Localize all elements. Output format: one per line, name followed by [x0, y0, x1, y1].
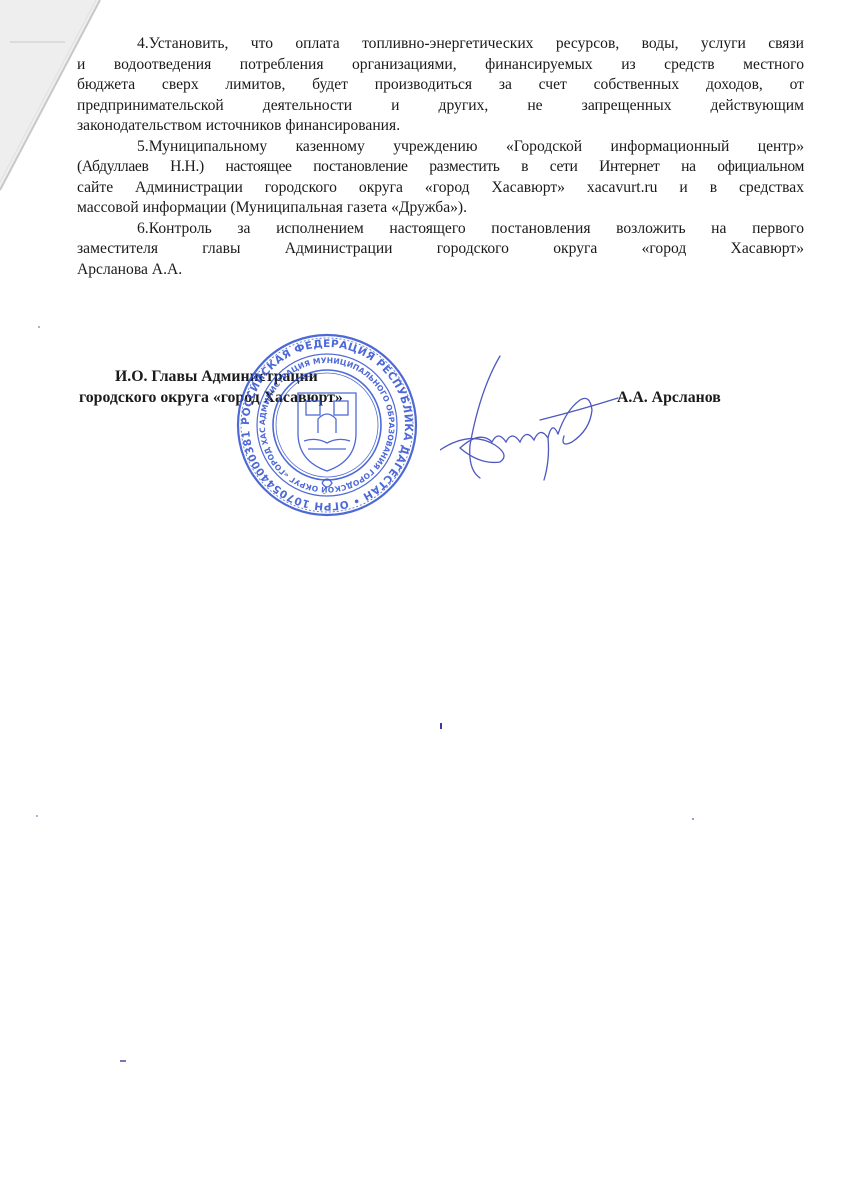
document-body: 4.Установить, что оплата топливно-энерге… [77, 34, 804, 280]
signatory-title-line2: городского округа «город Хасавюрт» [79, 387, 343, 408]
text-line: сайте Администрации городского округа «г… [77, 178, 804, 199]
signatory-title-line1: И.О. Главы Администрации [115, 366, 318, 387]
text-line: Арсланова А.А. [77, 260, 804, 281]
text-line: предпринимательской деятельности и други… [77, 96, 804, 117]
scan-speck [440, 723, 442, 729]
handwritten-signature-icon [440, 350, 620, 490]
text-line: 6.Контроль за исполнением настоящего пос… [77, 219, 804, 240]
document-page: 4.Установить, что оплата топливно-энерге… [0, 0, 850, 1202]
scan-speck [692, 818, 694, 820]
official-stamp-icon: РОССИЙСКАЯ ФЕДЕРАЦИЯ РЕСПУБЛИКА ДАГЕСТАН… [236, 333, 418, 517]
svg-text:АДМИНИСТРАЦИЯ МУНИЦИПАЛЬНОГО О: АДМИНИСТРАЦИЯ МУНИЦИПАЛЬНОГО ОБРАЗОВАНИЯ… [236, 333, 396, 494]
text-line: заместителя главы Администрации городско… [77, 239, 804, 260]
paragraph-5: 5.Муниципальному казенному учреждению «Г… [77, 137, 804, 219]
text-line: (Абдуллаев Н.Н.) настоящее постановление… [77, 157, 804, 178]
text-line: бюджета сверх лимитов, будет производить… [77, 75, 804, 96]
signatory-name: А.А. Арсланов [617, 387, 721, 408]
paragraph-4: 4.Установить, что оплата топливно-энерге… [77, 34, 804, 137]
text-line: и водоотведения потребления организациям… [77, 55, 804, 76]
text-line: 4.Установить, что оплата топливно-энерге… [77, 34, 804, 55]
text-line: законодательством источников финансирова… [77, 116, 804, 137]
scan-speck [120, 1060, 126, 1062]
scan-speck [38, 326, 40, 328]
svg-text:РОССИЙСКАЯ ФЕДЕРАЦИЯ РЕСПУБЛИК: РОССИЙСКАЯ ФЕДЕРАЦИЯ РЕСПУБЛИКА ДАГЕСТАН… [240, 338, 414, 512]
text-line: массовой информации (Муниципальная газет… [77, 198, 804, 219]
paragraph-6: 6.Контроль за исполнением настоящего пос… [77, 219, 804, 281]
text-line: 5.Муниципальному казенному учреждению «Г… [77, 137, 804, 158]
scan-speck [36, 815, 38, 817]
